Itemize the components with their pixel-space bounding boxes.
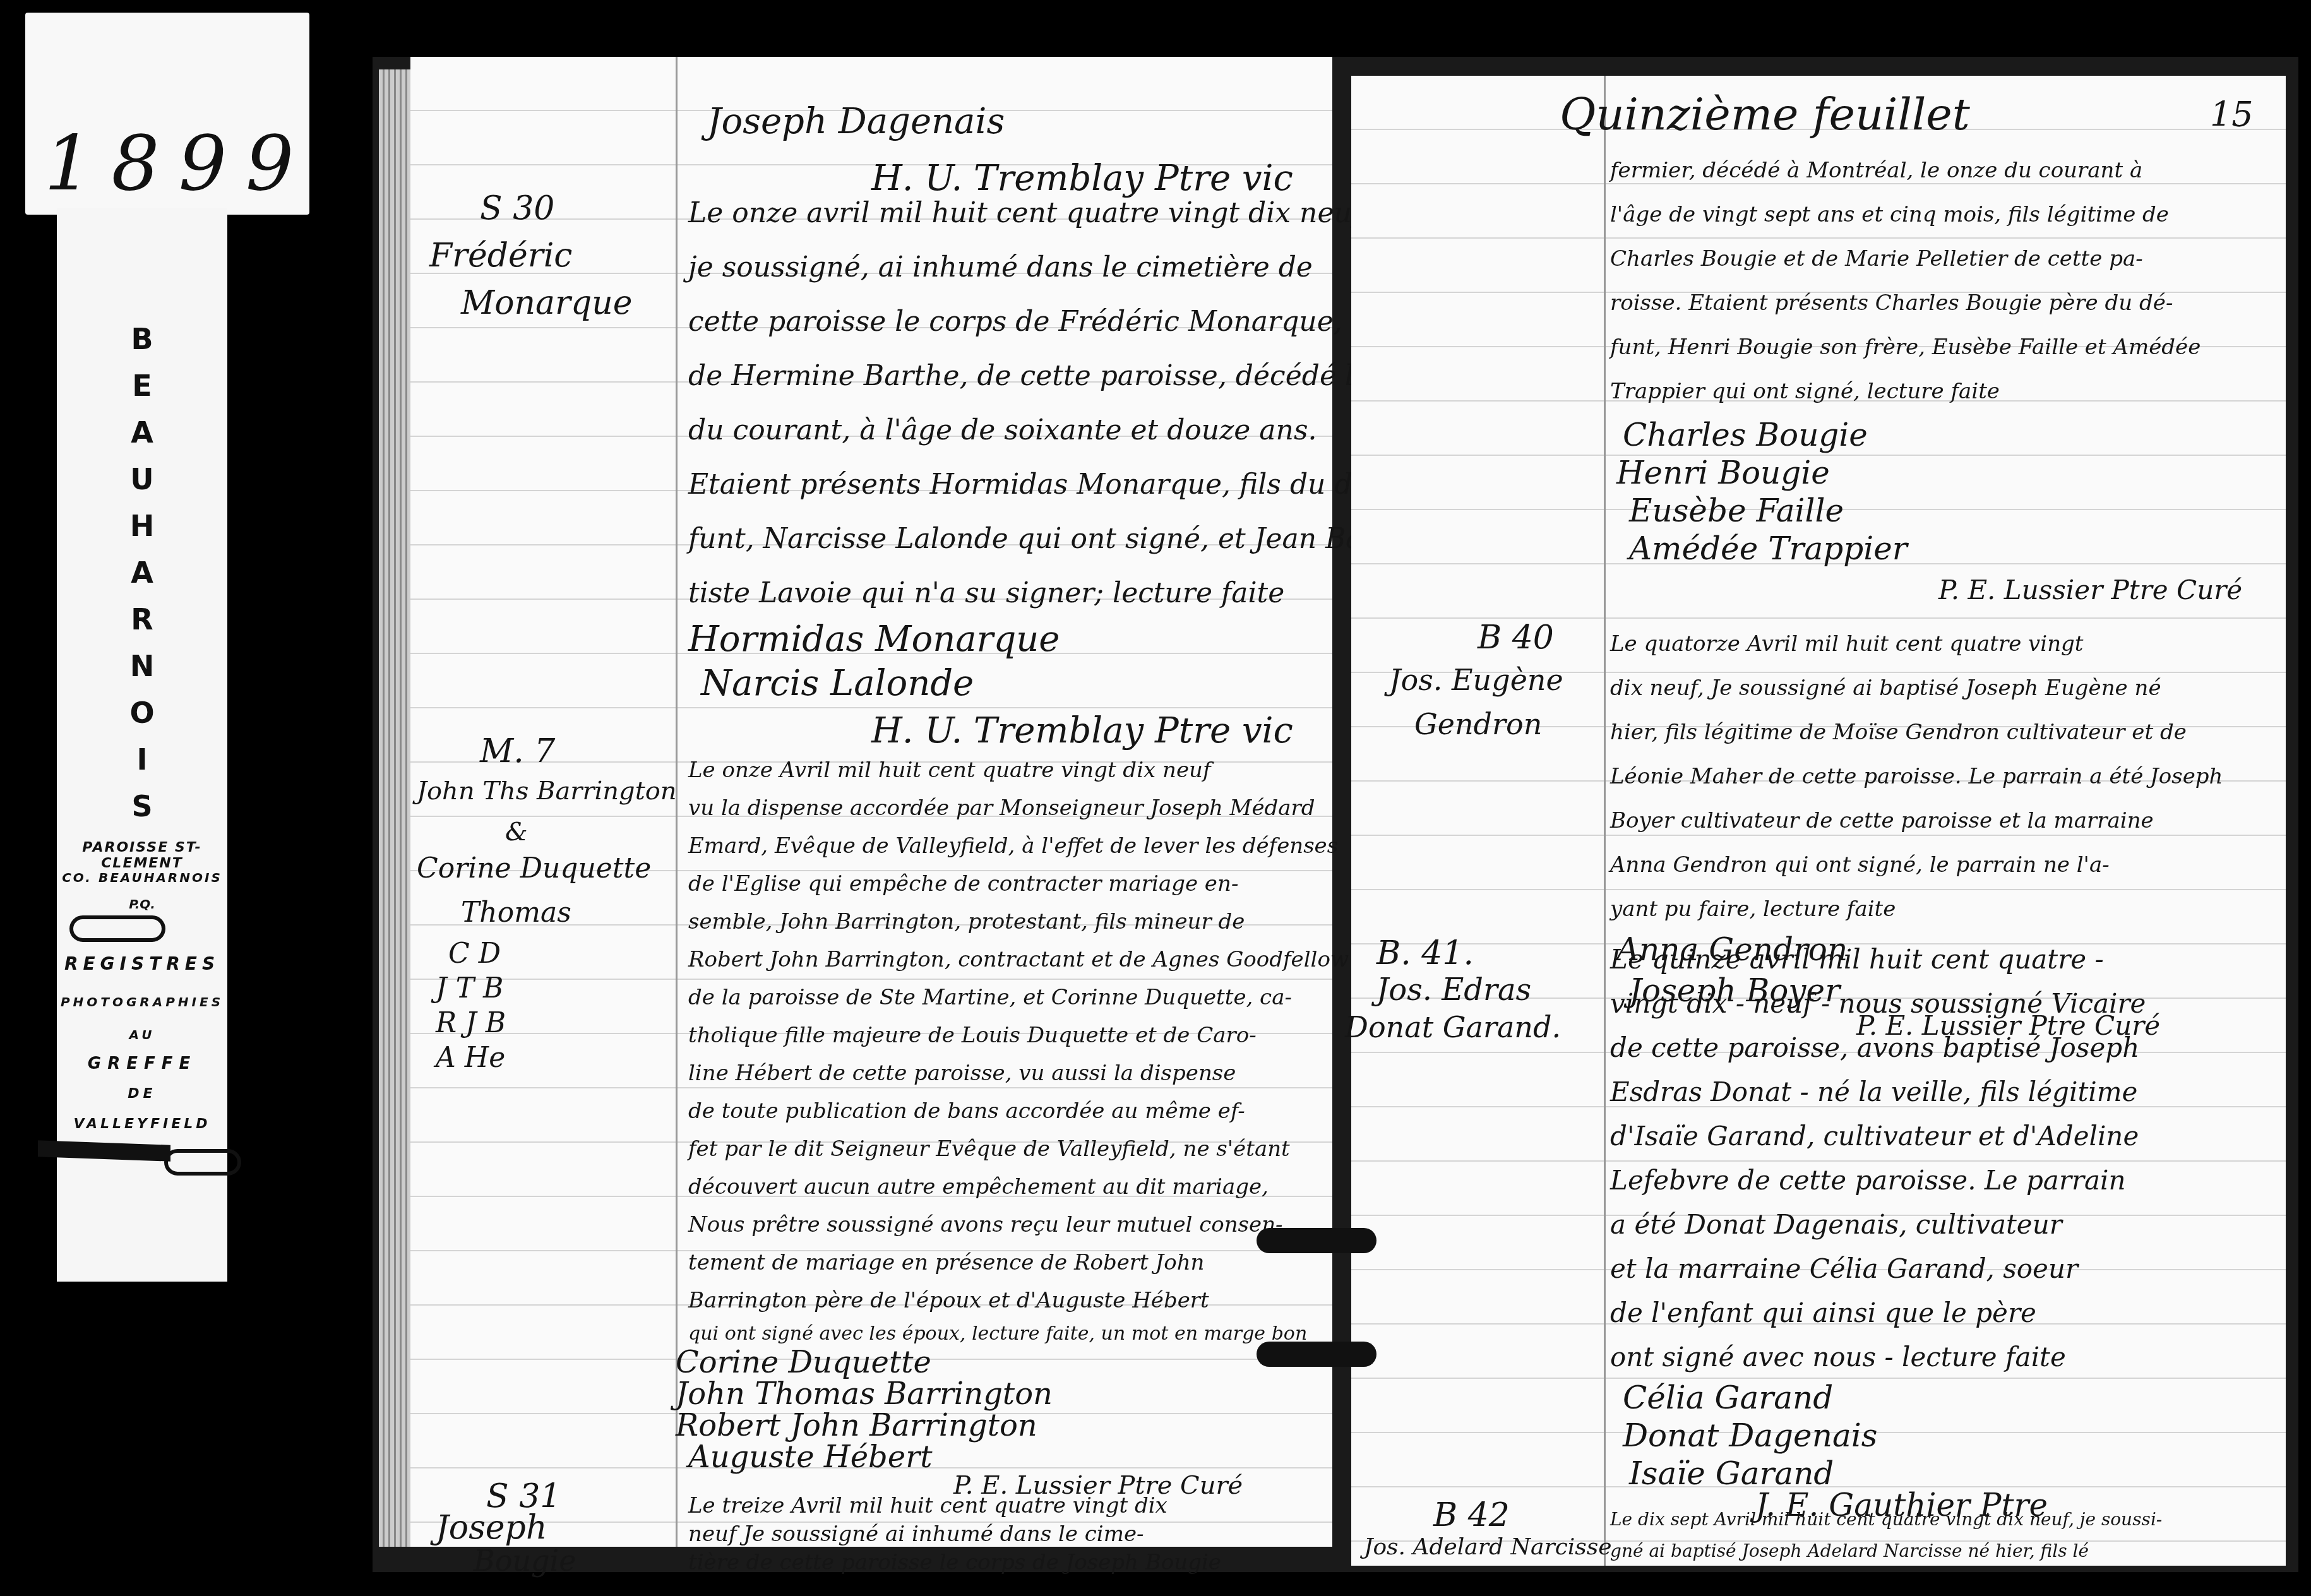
- parish-name-vertical: B E A U H A R N O I S: [57, 316, 227, 830]
- text-line: Le quatorze Avril mil huit cent quatre v…: [1610, 631, 2084, 657]
- text-line: de Hermine Barthe, de cette paroisse, dé…: [688, 360, 1435, 392]
- letter: S: [57, 783, 227, 830]
- parish-label: PAROISSE ST-CLEMENT: [57, 840, 227, 871]
- signature: Robert John Barrington: [676, 1408, 1037, 1443]
- signature: Narcis Lalonde: [701, 663, 974, 704]
- entry-name: Bougie: [474, 1544, 576, 1578]
- entry-name: Corine Duquette: [417, 852, 651, 884]
- text-line: et la marraine Célia Garand, soeur: [1610, 1253, 2078, 1284]
- au-label: AU: [57, 1027, 227, 1042]
- letter: U: [57, 456, 227, 503]
- left-page: Joseph Dagenais H. U. Tremblay Ptre vic …: [410, 57, 1332, 1547]
- letter: R: [57, 596, 227, 643]
- margin-mark: R J B: [436, 1007, 506, 1039]
- text-line: hier, fils légitime de Moïse Gendron cul…: [1610, 720, 2187, 745]
- right-page: Quinzième feuillet 15 fermier, décédé à …: [1351, 76, 2286, 1566]
- text-line: semble, John Barrington, protestant, fil…: [688, 909, 1245, 934]
- signature: Hormidas Monarque: [688, 619, 1060, 660]
- text-line: de la paroisse de Ste Martine, et Corinn…: [688, 985, 1292, 1010]
- signature: Célia Garand: [1623, 1379, 1833, 1416]
- text-line: Anna Gendron qui ont signé, le parrain n…: [1610, 852, 2110, 878]
- entry-code: M. 7: [480, 732, 555, 770]
- entry-code: B 42: [1433, 1496, 1510, 1534]
- margin-mark: J T B: [436, 972, 503, 1004]
- text-line: tholique fille majeure de Louis Duquette…: [688, 1023, 1257, 1048]
- signature: Charles Bougie: [1623, 417, 1868, 453]
- text-line: funt, Narcisse Lalonde qui ont signé, et…: [688, 523, 1390, 555]
- greffe-label: GREFFE: [57, 1054, 227, 1073]
- text-line: vu la dispense accordée par Monseigneur …: [688, 795, 1315, 821]
- signature: Eusèbe Faille: [1629, 492, 1844, 529]
- text-line: Robert John Barrington, contractant et d…: [688, 947, 1349, 972]
- text-line: Le treize Avril mil huit cent quatre vin…: [688, 1493, 1167, 1518]
- text-line: de l'Eglise qui empêche de contracter ma…: [688, 871, 1238, 896]
- text-line: Le onze avril mil huit cent quatre vingt…: [688, 197, 1362, 229]
- letter: I: [57, 736, 227, 783]
- province-label: P.Q.: [57, 896, 227, 912]
- text-line: Le dix sept Avril mil huit cent quatre v…: [1610, 1509, 2162, 1530]
- text-line: du courant, à l'âge de soixante et douze…: [688, 414, 1317, 446]
- entry-name: &: [505, 818, 528, 847]
- text-line: a été Donat Dagenais, cultivateur: [1610, 1209, 2062, 1240]
- signature: Auguste Hébert: [688, 1439, 932, 1475]
- de-label: DE: [57, 1086, 227, 1102]
- text-line: funt, Henri Bougie son frère, Eusèbe Fai…: [1610, 335, 2201, 360]
- year-label: 1899: [44, 120, 313, 208]
- text-line: de toute publication de bans accordée au…: [688, 1099, 1245, 1124]
- entry-name: Joseph: [436, 1509, 547, 1547]
- entry-name: Donat Garand.: [1345, 1010, 1561, 1044]
- text-line: Boyer cultivateur de cette paroisse et l…: [1610, 808, 2154, 833]
- margin-mark: C D: [448, 938, 501, 970]
- text-line: de l'enfant qui ainsi que le père: [1610, 1297, 2036, 1328]
- year-tag: 1899: [25, 13, 309, 215]
- text-line: d'Isaïe Garand, cultivateur et d'Adeline: [1610, 1121, 2139, 1152]
- text-line: découvert aucun autre empêchement au dit…: [688, 1174, 1269, 1200]
- entry-code: B. 41.: [1376, 934, 1474, 972]
- letter: A: [57, 409, 227, 456]
- text-line: je soussigné, ai inhumé dans le cimetièr…: [688, 251, 1313, 283]
- paper-clip: [164, 1149, 241, 1176]
- text-line: Esdras Donat - né la veille, fils légiti…: [1610, 1076, 2137, 1107]
- text-line: Trappier qui ont signé, lecture faite: [1610, 379, 2000, 404]
- folio-header: Quinzième feuillet: [1560, 88, 1970, 140]
- text-line: roisse. Etaient présents Charles Bougie …: [1610, 290, 2173, 316]
- text-line: de cette paroisse, avons baptisé Joseph: [1610, 1032, 2139, 1063]
- text-line: dix neuf, Je soussigné ai baptisé Joseph…: [1610, 676, 2161, 701]
- signature: Henri Bougie: [1616, 455, 1830, 491]
- priest-signature: P. E. Lussier Ptre Curé: [1938, 575, 2242, 605]
- entry-code: S 30: [480, 189, 554, 227]
- text-line: Le quinze avril mil huit cent quatre -: [1610, 944, 2104, 975]
- signature: Donat Dagenais: [1623, 1417, 1877, 1454]
- entry-name: Frédéric: [429, 237, 572, 275]
- binder-ring: [1257, 1228, 1376, 1253]
- letter: H: [57, 503, 227, 549]
- paper-clip: [69, 915, 165, 942]
- text-line: fet par le dit Seigneur Evêque de Valley…: [688, 1136, 1290, 1162]
- entry-name: Gendron: [1414, 707, 1542, 741]
- registers-label: REGISTRES: [57, 953, 227, 974]
- text-line: tement de mariage en présence de Robert …: [688, 1250, 1204, 1275]
- photographed-label: PHOTOGRAPHIES: [57, 994, 227, 1009]
- signature: Amédée Trappier: [1629, 530, 1908, 567]
- binder-ring: [1257, 1342, 1376, 1367]
- text-line: Nous prêtre soussigné avons reçu leur mu…: [688, 1212, 1283, 1237]
- signature: Corine Duquette: [676, 1345, 931, 1380]
- county-label: CO. BEAUHARNOIS: [57, 870, 227, 885]
- text-line: qui ont signé avec les époux, lecture fa…: [688, 1323, 1307, 1345]
- letter: O: [57, 689, 227, 736]
- text-line: ont signé avec nous - lecture faite: [1610, 1342, 2066, 1373]
- text-line: tiste Lavoie qui n'a su signer; lecture …: [688, 577, 1284, 609]
- text-line: neuf Je soussigné ai inhumé dans le cime…: [688, 1522, 1144, 1547]
- text-line: Léonie Maher de cette paroisse. Le parra…: [1610, 764, 2223, 789]
- text-line: Lefebvre de cette paroisse. Le parrain: [1610, 1165, 2126, 1196]
- page-number: 15: [2210, 95, 2254, 134]
- text-line: Emard, Evêque de Valleyfield, à l'effet …: [688, 833, 1338, 859]
- city-label: VALLEYFIELD: [57, 1116, 227, 1132]
- archive-label-strip: B E A U H A R N O I S PAROISSE ST-CLEMEN…: [57, 208, 227, 1282]
- entry-name: Jos. Eugène: [1389, 663, 1563, 697]
- top-signature: Joseph Dagenais: [707, 101, 1005, 142]
- text-line: Etaient présents Hormidas Monarque, fils…: [688, 468, 1378, 501]
- text-line: Barrington père de l'époux et d'Auguste …: [688, 1288, 1209, 1313]
- entry-name: Jos. Edras: [1376, 972, 1531, 1008]
- priest-heading: H. U. Tremblay Ptre vic: [871, 158, 1293, 199]
- text-line: Charles Bougie et de Marie Pelletier de …: [1610, 246, 2143, 271]
- text-line: yant pu faire, lecture faite: [1610, 896, 1896, 922]
- letter: B: [57, 316, 227, 362]
- entry-name: Monarque: [461, 284, 632, 322]
- text-line: tière de cette paroisse le corps de Jose…: [688, 1550, 1221, 1575]
- text-line: fermier, décédé à Montréal, le onze du c…: [1610, 158, 2142, 183]
- text-line: cette paroisse le corps de Frédéric Mona…: [688, 306, 1436, 338]
- priest-heading: H. U. Tremblay Ptre vic: [871, 710, 1293, 751]
- margin-mark: A He: [436, 1042, 505, 1074]
- text-line: gné ai baptisé Joseph Adelard Narcisse n…: [1610, 1540, 2089, 1561]
- text-line: line Hébert de cette paroisse, vu aussi …: [688, 1061, 1236, 1086]
- letter: E: [57, 362, 227, 409]
- margin-rule: [1604, 76, 1606, 1566]
- letter: A: [57, 549, 227, 596]
- entry-name: Thomas: [461, 896, 571, 929]
- signature: John Thomas Barrington: [676, 1376, 1053, 1412]
- entry-code: B 40: [1478, 619, 1554, 657]
- text-line: vingt dix - neuf - nous soussigné Vicair…: [1610, 988, 2146, 1019]
- entry-name: John Ths Barrington: [417, 777, 677, 806]
- entry-name: Jos. Adelard Narcisse: [1364, 1534, 1612, 1560]
- text-line: Le onze Avril mil huit cent quatre vingt…: [688, 758, 1211, 783]
- letter: N: [57, 643, 227, 689]
- page-edges: [379, 69, 410, 1547]
- text-line: l'âge de vingt sept ans et cinq mois, fi…: [1610, 202, 2169, 227]
